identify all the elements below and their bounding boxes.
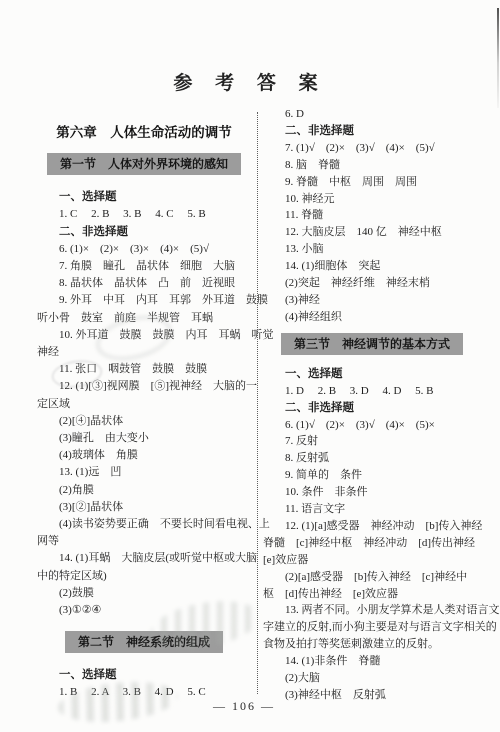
answer-line: 7. (1)√ (2)× (3)√ (4)× (5)√	[263, 140, 481, 157]
answer-line-continuation: [e]效应器	[263, 552, 481, 569]
answer-line: 9. 脊髓 中枢 周围 周围	[263, 174, 481, 191]
answer-line-continuation: 听小骨 鼓室 前庭 半规管 耳蜗	[37, 310, 251, 327]
answer-line: (4)读书姿势要正确 不要长时间看电视、上	[37, 516, 251, 533]
answer-line: 11. 语言文字	[263, 501, 481, 518]
answer-line: 10. 神经元	[263, 191, 481, 208]
answer-line: (3)神经	[263, 292, 481, 309]
answer-line: 10. 外耳道 鼓膜 鼓膜 内耳 耳蜗 听觉	[37, 327, 251, 344]
answer-line: (2)突起 神经纤维 神经末梢	[263, 275, 481, 292]
answer-line: 14. (1)细胞体 突起	[263, 258, 481, 275]
page-title: 参 考 答 案	[0, 68, 500, 95]
section-heading-bar: 第二节 神经系统的组成	[65, 631, 223, 653]
answer-line-continuation: 神经	[37, 344, 251, 361]
answer-line: 9. 简单的 条件	[263, 467, 481, 484]
answer-line: 8. 晶状体 晶状体 凸 前 近视眼	[37, 275, 251, 292]
right-column: 6. D二、非选择题7. (1)√ (2)× (3)√ (4)× (5)√8. …	[263, 106, 481, 704]
answer-line: 1. C 2. B 3. B 4. C 5. B	[37, 206, 251, 223]
left-column: 第六章 人体生命活动的调节第一节 人体对外界环境的感知一、选择题1. C 2. …	[37, 124, 251, 702]
question-type-heading: 一、选择题	[37, 189, 251, 206]
answer-line-continuation: 脊髓 [c]神经中枢 神经冲动 [d]传出神经	[263, 535, 481, 552]
answer-line: 8. 反射弧	[263, 450, 481, 467]
answer-line: 6. (1)√ (2)× (3)√ (4)× (5)×	[263, 417, 481, 434]
answer-line: 10. 条件 非条件	[263, 484, 481, 501]
answer-line: 13. 小脑	[263, 241, 481, 258]
answer-line: (2)大脑	[263, 670, 481, 687]
answer-line: (2)[④]晶状体	[37, 413, 251, 430]
answer-line: (4)神经组织	[263, 309, 481, 326]
scan-artifact-right-edge	[497, 8, 499, 108]
answer-line: 14. (1)非条件 脊髓	[263, 653, 481, 670]
answer-line: 6. D	[263, 106, 481, 123]
answer-line: 1. D 2. B 3. D 4. D 5. B	[263, 383, 481, 400]
answer-line: 7. 反射	[263, 433, 481, 450]
answer-line: 12. 大脑皮层 140 亿 神经中枢	[263, 224, 481, 241]
answer-line: 13. (1)远 凹	[37, 464, 251, 481]
question-type-heading: 一、选择题	[37, 667, 251, 684]
answer-line: (3)瞳孔 由大变小	[37, 430, 251, 447]
answer-line: 12. (1)[a]感受器 神经冲动 [b]传入神经	[263, 518, 481, 535]
answer-line: (2)角膜	[37, 482, 251, 499]
question-type-heading: 一、选择题	[263, 366, 481, 383]
answer-line: (3)[②]晶状体	[37, 499, 251, 516]
section-heading-bar: 第一节 人体对外界环境的感知	[47, 153, 241, 175]
section-heading-bar: 第三节 神经调节的基本方式	[281, 333, 463, 355]
answer-line: (4)玻璃体 角膜	[37, 447, 251, 464]
answer-line: (2)鼓膜	[37, 585, 251, 602]
chapter-heading: 第六章 人体生命活动的调节	[37, 124, 251, 141]
question-type-heading: 二、非选择题	[263, 400, 481, 417]
answer-line: 14. (1)耳蜗 大脑皮层(或听觉中枢或大脑	[37, 550, 251, 567]
answer-line: 13. 两者不同。小朋友学算术是人类对语言文	[263, 602, 481, 619]
answer-line-continuation: 网等	[37, 533, 251, 550]
question-type-heading: 二、非选择题	[263, 123, 481, 140]
answer-line: 9. 外耳 中耳 内耳 耳郭 外耳道 鼓膜	[37, 292, 251, 309]
answer-line: (2)[a]感受器 [b]传入神经 [c]神经中	[263, 569, 481, 586]
answer-line-continuation: 中的特定区域)	[37, 568, 251, 585]
answer-line: 8. 脑 脊髓	[263, 157, 481, 174]
page-number: — 106 —	[0, 699, 488, 714]
scanned-answer-page: 参 考 答 案 第六章 人体生命活动的调节第一节 人体对外界环境的感知一、选择题…	[0, 0, 500, 732]
answer-line: 6. (1)× (2)× (3)× (4)× (5)√	[37, 241, 251, 258]
question-type-heading: 二、非选择题	[37, 224, 251, 241]
answer-line: 7. 角膜 瞳孔 晶状体 细胞 大脑	[37, 258, 251, 275]
answer-line: 11. 脊髓	[263, 207, 481, 224]
answer-line-continuation: 食物及拍打等奖惩刺激建立的反射。	[263, 636, 481, 653]
answer-line-continuation: 字建立的反射,而小狗主要是对与语言文字相关的	[263, 619, 481, 636]
answer-line: (3)①②④	[37, 602, 251, 619]
answer-line-continuation: 枢 [d]传出神经 [e]效应器	[263, 586, 481, 603]
column-divider	[257, 112, 258, 694]
answer-line-continuation: 定区域	[37, 396, 251, 413]
